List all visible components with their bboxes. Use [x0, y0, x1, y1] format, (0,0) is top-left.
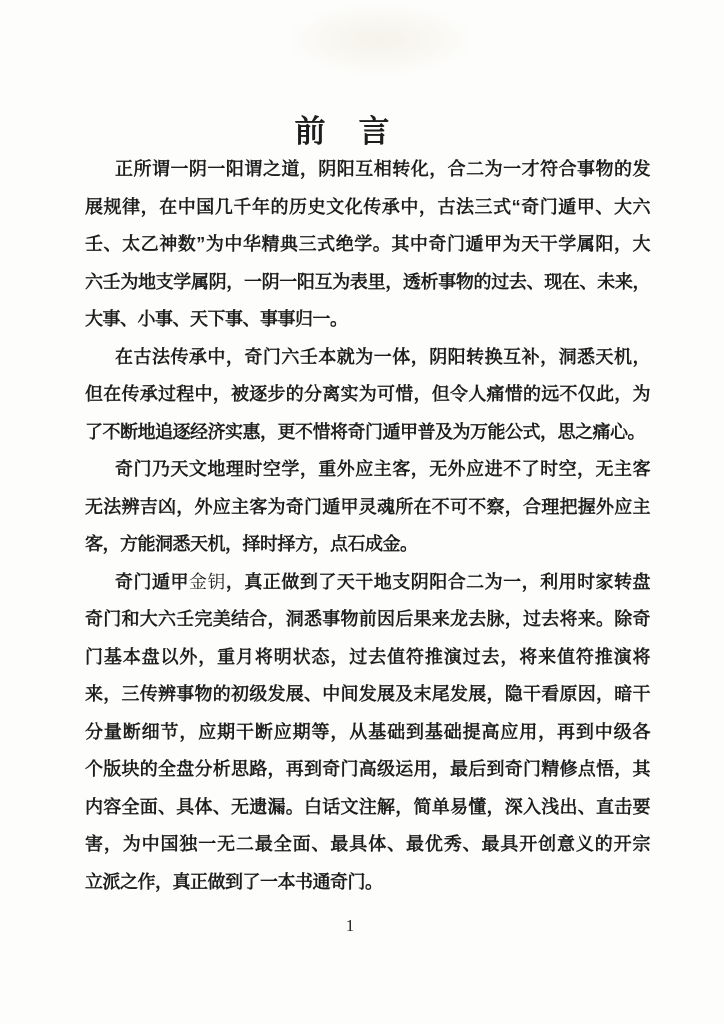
- text-line: 六壬为地支学属阴，一阴一阳互为表里，透析事物的过去、现在、未来，: [85, 264, 650, 302]
- text-line: 个版块的全盘分析思路，再到奇门高级运用，最后到奇门精修点悟，其: [85, 751, 650, 789]
- page-title: 前 言: [60, 106, 625, 151]
- text-line: 害，为中国独一无二最全面、最具体、最优秀、最具开创意义的开宗: [85, 826, 650, 864]
- scanned-document-page: 前 言 正所谓一阴一阳谓之道，阴阳互相转化，合二为一才符合事物的发 展规律，在中…: [0, 0, 724, 1024]
- text-line: 在古法传承中，奇门六壬本就为一体，阴阳转换互补，洞悉天机，: [85, 339, 650, 377]
- text-segment: 奇门遁甲: [115, 572, 189, 592]
- text-line: 门基本盘以外，重月将明状态，过去值符推演过去，将来值符推演将: [85, 639, 650, 677]
- page-number: 1: [85, 916, 615, 936]
- text-line: 正所谓一阴一阳谓之道，阴阳互相转化，合二为一才符合事物的发: [85, 151, 650, 189]
- text-line: 壬、太乙神数”为中华精典三式绝学。其中奇门遁甲为天干学属阳，大: [85, 226, 650, 264]
- text-segment: ，真正做到了天干地支阴阳合二为一，利用时家转盘: [226, 572, 650, 592]
- text-line: 立派之作，真正做到了一本书通奇门。: [85, 864, 650, 902]
- text-line: 大事、小事、天下事、事事归一。: [85, 301, 650, 339]
- text-line: 分量断细节，应期干断应期等，从基础到基础提高应用，再到中级各: [85, 714, 650, 752]
- text-line: 奇门和大六壬完美结合，洞悉事物前因后果来龙去脉，过去将来。除奇: [85, 601, 650, 639]
- brand-term: 金钥: [189, 572, 226, 592]
- text-line: 无法辨吉凶，外应主客为奇门遁甲灵魂所在不可不察，合理把握外应主: [85, 489, 650, 527]
- text-line: 来，三传辨事物的初级发展、中间发展及末尾发展，隐干看原因，暗干: [85, 676, 650, 714]
- text-line: 奇门乃天文地理时空学，重外应主客，无外应进不了时空，无主客: [85, 451, 650, 489]
- scan-smudge: [290, 5, 470, 75]
- text-line: 但在传承过程中，被逐步的分离实为可惜，但令人痛惜的远不仅此，为: [85, 376, 650, 414]
- body-text: 正所谓一阴一阳谓之道，阴阳互相转化，合二为一才符合事物的发 展规律，在中国几千年…: [85, 151, 650, 901]
- text-line: 了不断地追逐经济实惠，更不惜将奇门遁甲普及为万能公式，思之痛心。: [85, 414, 650, 452]
- text-line: 展规律，在中国几千年的历史文化传承中，古法三式“奇门遁甲、大六: [85, 189, 650, 227]
- text-line: 内容全面、具体、无遗漏。白话文注解，简单易懂，深入浅出、直击要: [85, 789, 650, 827]
- text-line: 客，方能洞悉天机，择时择方，点石成金。: [85, 526, 650, 564]
- text-line: 奇门遁甲金钥，真正做到了天干地支阴阳合二为一，利用时家转盘: [85, 564, 650, 602]
